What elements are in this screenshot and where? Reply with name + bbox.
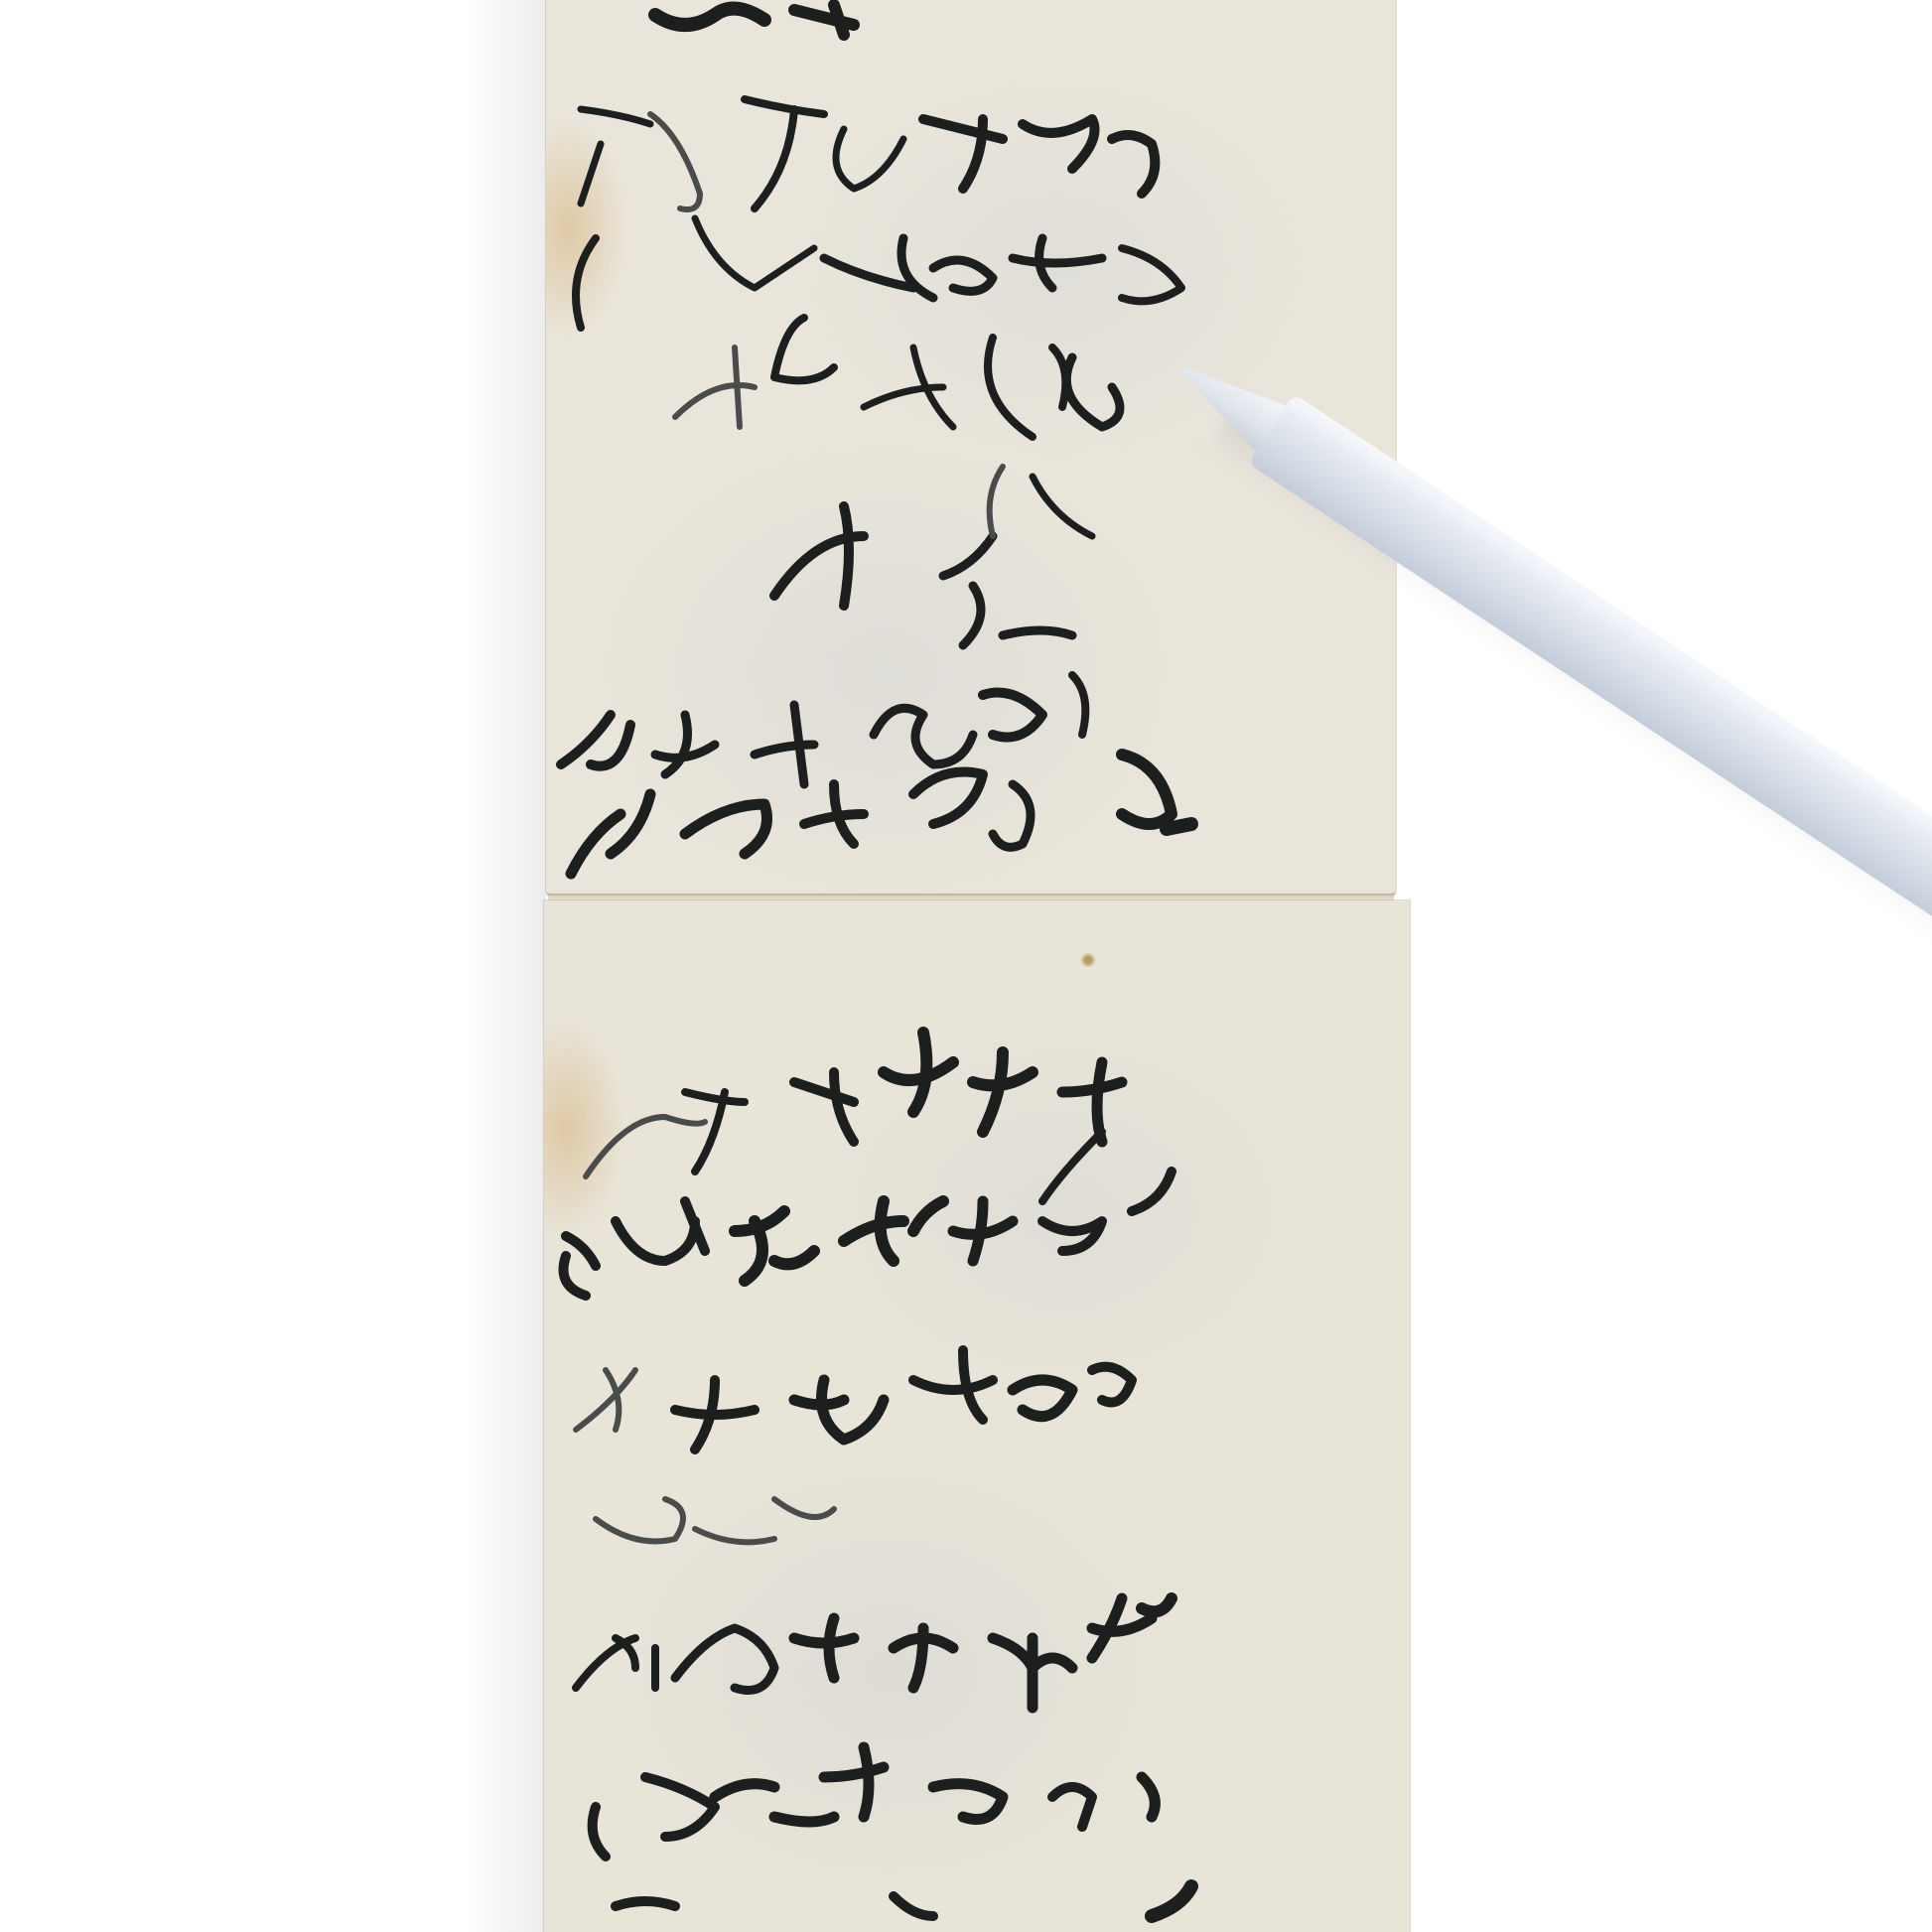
paper-stain xyxy=(1080,953,1096,967)
background-shadow xyxy=(467,0,546,1932)
manuscript-page-lower xyxy=(544,900,1410,1932)
